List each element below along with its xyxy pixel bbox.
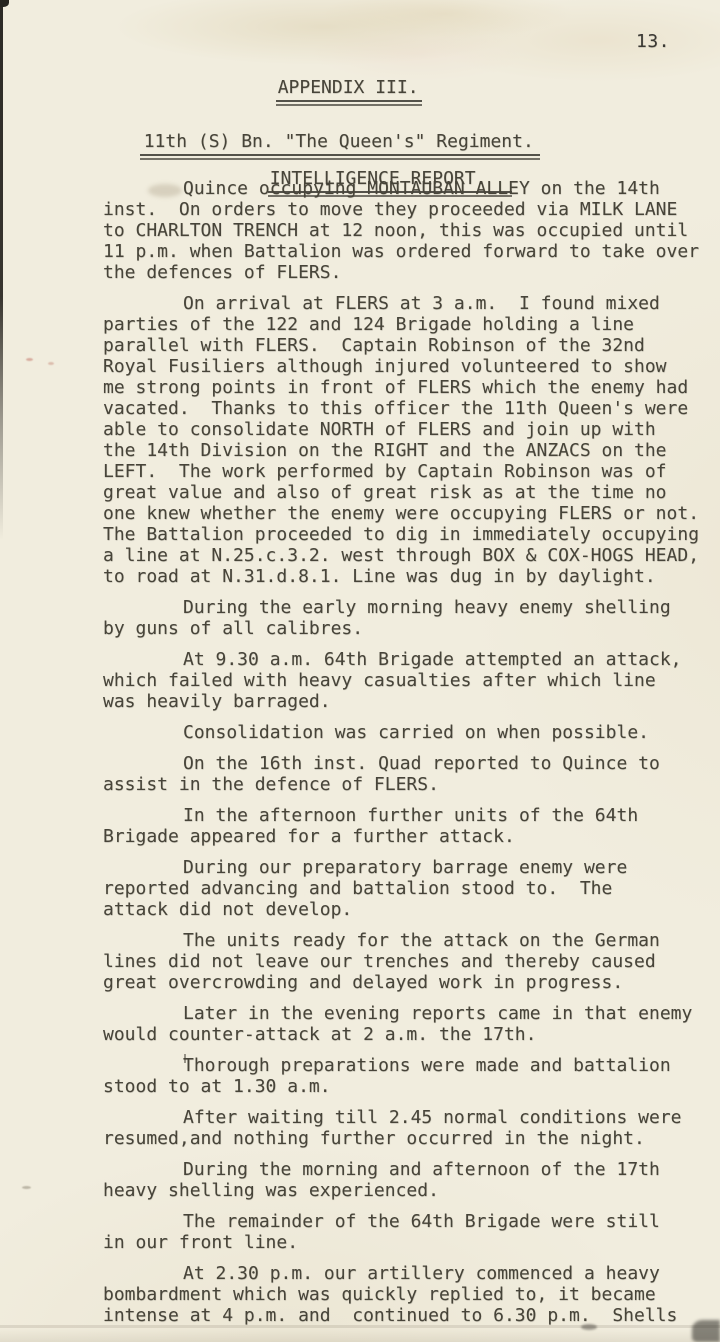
paragraph: The units ready for the attack on the Ge… [103,930,718,993]
text-line: a line at N.25.c.3.2. west through BOX &… [103,545,718,566]
text-line: Quince occupying MONTAUBAN ALLEY on the … [103,178,718,199]
text-line: reported advancing and battalion stood t… [103,878,718,899]
text-line: At 2.30 p.m. our artillery commenced a h… [103,1263,718,1284]
scan-bottom-shade [0,1329,720,1342]
text-line: to road at N.31.d.8.1. Line was dug in b… [103,566,718,587]
scanned-document: { "page": { "page_number": "13.", "headi… [0,0,720,1342]
text-line: which failed with heavy casualties after… [103,670,718,691]
text-line: On the 16th inst. Quad reported to Quinc… [103,753,718,774]
text-line: Thorough preparations were made and batt… [103,1055,718,1076]
paragraph: After waiting till 2.45 normal condition… [103,1107,718,1149]
appendix-heading-text: APPENDIX III. [278,77,419,100]
text-line: the defences of FLERS. [103,262,718,283]
text-line: Later in the evening reports came in tha… [103,1003,718,1024]
paragraph: Thorough preparations were made and batt… [103,1055,718,1097]
page-number: 13. [636,31,670,52]
paragraph: At 2.30 p.m. our artillery commenced a h… [103,1263,718,1326]
text-line: Consolidation was carried on when possib… [103,722,718,743]
text-line: On arrival at FLERS at 3 a.m. I found mi… [103,293,718,314]
text-line: great overcrowding and delayed work in p… [103,972,718,993]
text-line: me strong points in front of FLERS which… [103,377,718,398]
scan-corner-mark [0,0,9,7]
paragraph: During our preparatory barrage enemy wer… [103,857,718,920]
paragraph: On arrival at FLERS at 3 a.m. I found mi… [103,293,718,587]
text-line: The remainder of the 64th Brigade were s… [103,1211,718,1232]
text-line: resumed,and nothing further occurred in … [103,1128,718,1149]
text-line: one knew whether the enemy were occupyin… [103,503,718,524]
report-body: Quince occupying MONTAUBAN ALLEY on the … [103,178,718,1326]
paragraph: The remainder of the 64th Brigade were s… [103,1211,718,1253]
scan-speck [48,362,54,365]
text-line: assist in the defence of FLERS. [103,774,718,795]
text-line: The units ready for the attack on the Ge… [103,930,718,951]
text-line: inst. On orders to move they proceeded v… [103,199,718,220]
text-line: attack did not develop. [103,899,718,920]
appendix-heading: APPENDIX III. [256,56,419,100]
text-line: lines did not leave our trenches and the… [103,951,718,972]
text-line: The Battalion proceeded to dig in immedi… [103,524,718,545]
text-line: parties of the 122 and 124 Brigade holdi… [103,314,718,335]
text-line: heavy shelling was experienced. [103,1180,718,1201]
text-line: stood to at 1.30 a.m. [103,1076,718,1097]
text-line: During the morning and afternoon of the … [103,1159,718,1180]
paragraph: In the afternoon further units of the 64… [103,805,718,847]
paragraph: At 9.30 a.m. 64th Brigade attempted an a… [103,649,718,712]
scan-speck [26,358,33,361]
paragraph: Later in the evening reports came in tha… [103,1003,718,1045]
text-line: was heavily barraged. [103,691,718,712]
text-line: the 14th Division on the RIGHT and the A… [103,440,718,461]
text-line: 11 p.m. when Battalion was ordered forwa… [103,241,718,262]
text-line: LEFT. The work performed by Captain Robi… [103,461,718,482]
text-line: in our front line. [103,1232,718,1253]
text-line: great value and also of great risk as at… [103,482,718,503]
text-line: During our preparatory barrage enemy wer… [103,857,718,878]
paragraph: On the 16th inst. Quad reported to Quinc… [103,753,718,795]
paragraph: Consolidation was carried on when possib… [103,722,718,743]
text-line: would counter-attack at 2 a.m. the 17th. [103,1024,718,1045]
text-line: vacated. Thanks to this officer the 11th… [103,398,718,419]
text-line: parallel with FLERS. Captain Robinson of… [103,335,718,356]
paragraph: Quince occupying MONTAUBAN ALLEY on the … [103,178,718,283]
text-line: Royal Fusiliers although injured volunte… [103,356,718,377]
text-line: In the afternoon further units of the 64… [103,805,718,826]
text-line: After waiting till 2.45 normal condition… [103,1107,718,1128]
text-line: bombardment which was quickly replied to… [103,1284,718,1305]
text-line: intense at 4 p.m. and continued to 6.30 … [103,1305,718,1326]
text-line: by guns of all calibres. [103,618,718,639]
text-line: At 9.30 a.m. 64th Brigade attempted an a… [103,649,718,670]
paragraph: During the morning and afternoon of the … [103,1159,718,1201]
scan-stray-mark [22,1186,31,1189]
text-line: to CHARLTON TRENCH at 12 noon, this was … [103,220,718,241]
paragraph: During the early morning heavy enemy she… [103,597,718,639]
text-line: Brigade appeared for a further attack. [103,826,718,847]
text-line: able to consolidate NORTH of FLERS and j… [103,419,718,440]
text-line: During the early morning heavy enemy she… [103,597,718,618]
scan-left-edge-shadow [0,0,3,540]
